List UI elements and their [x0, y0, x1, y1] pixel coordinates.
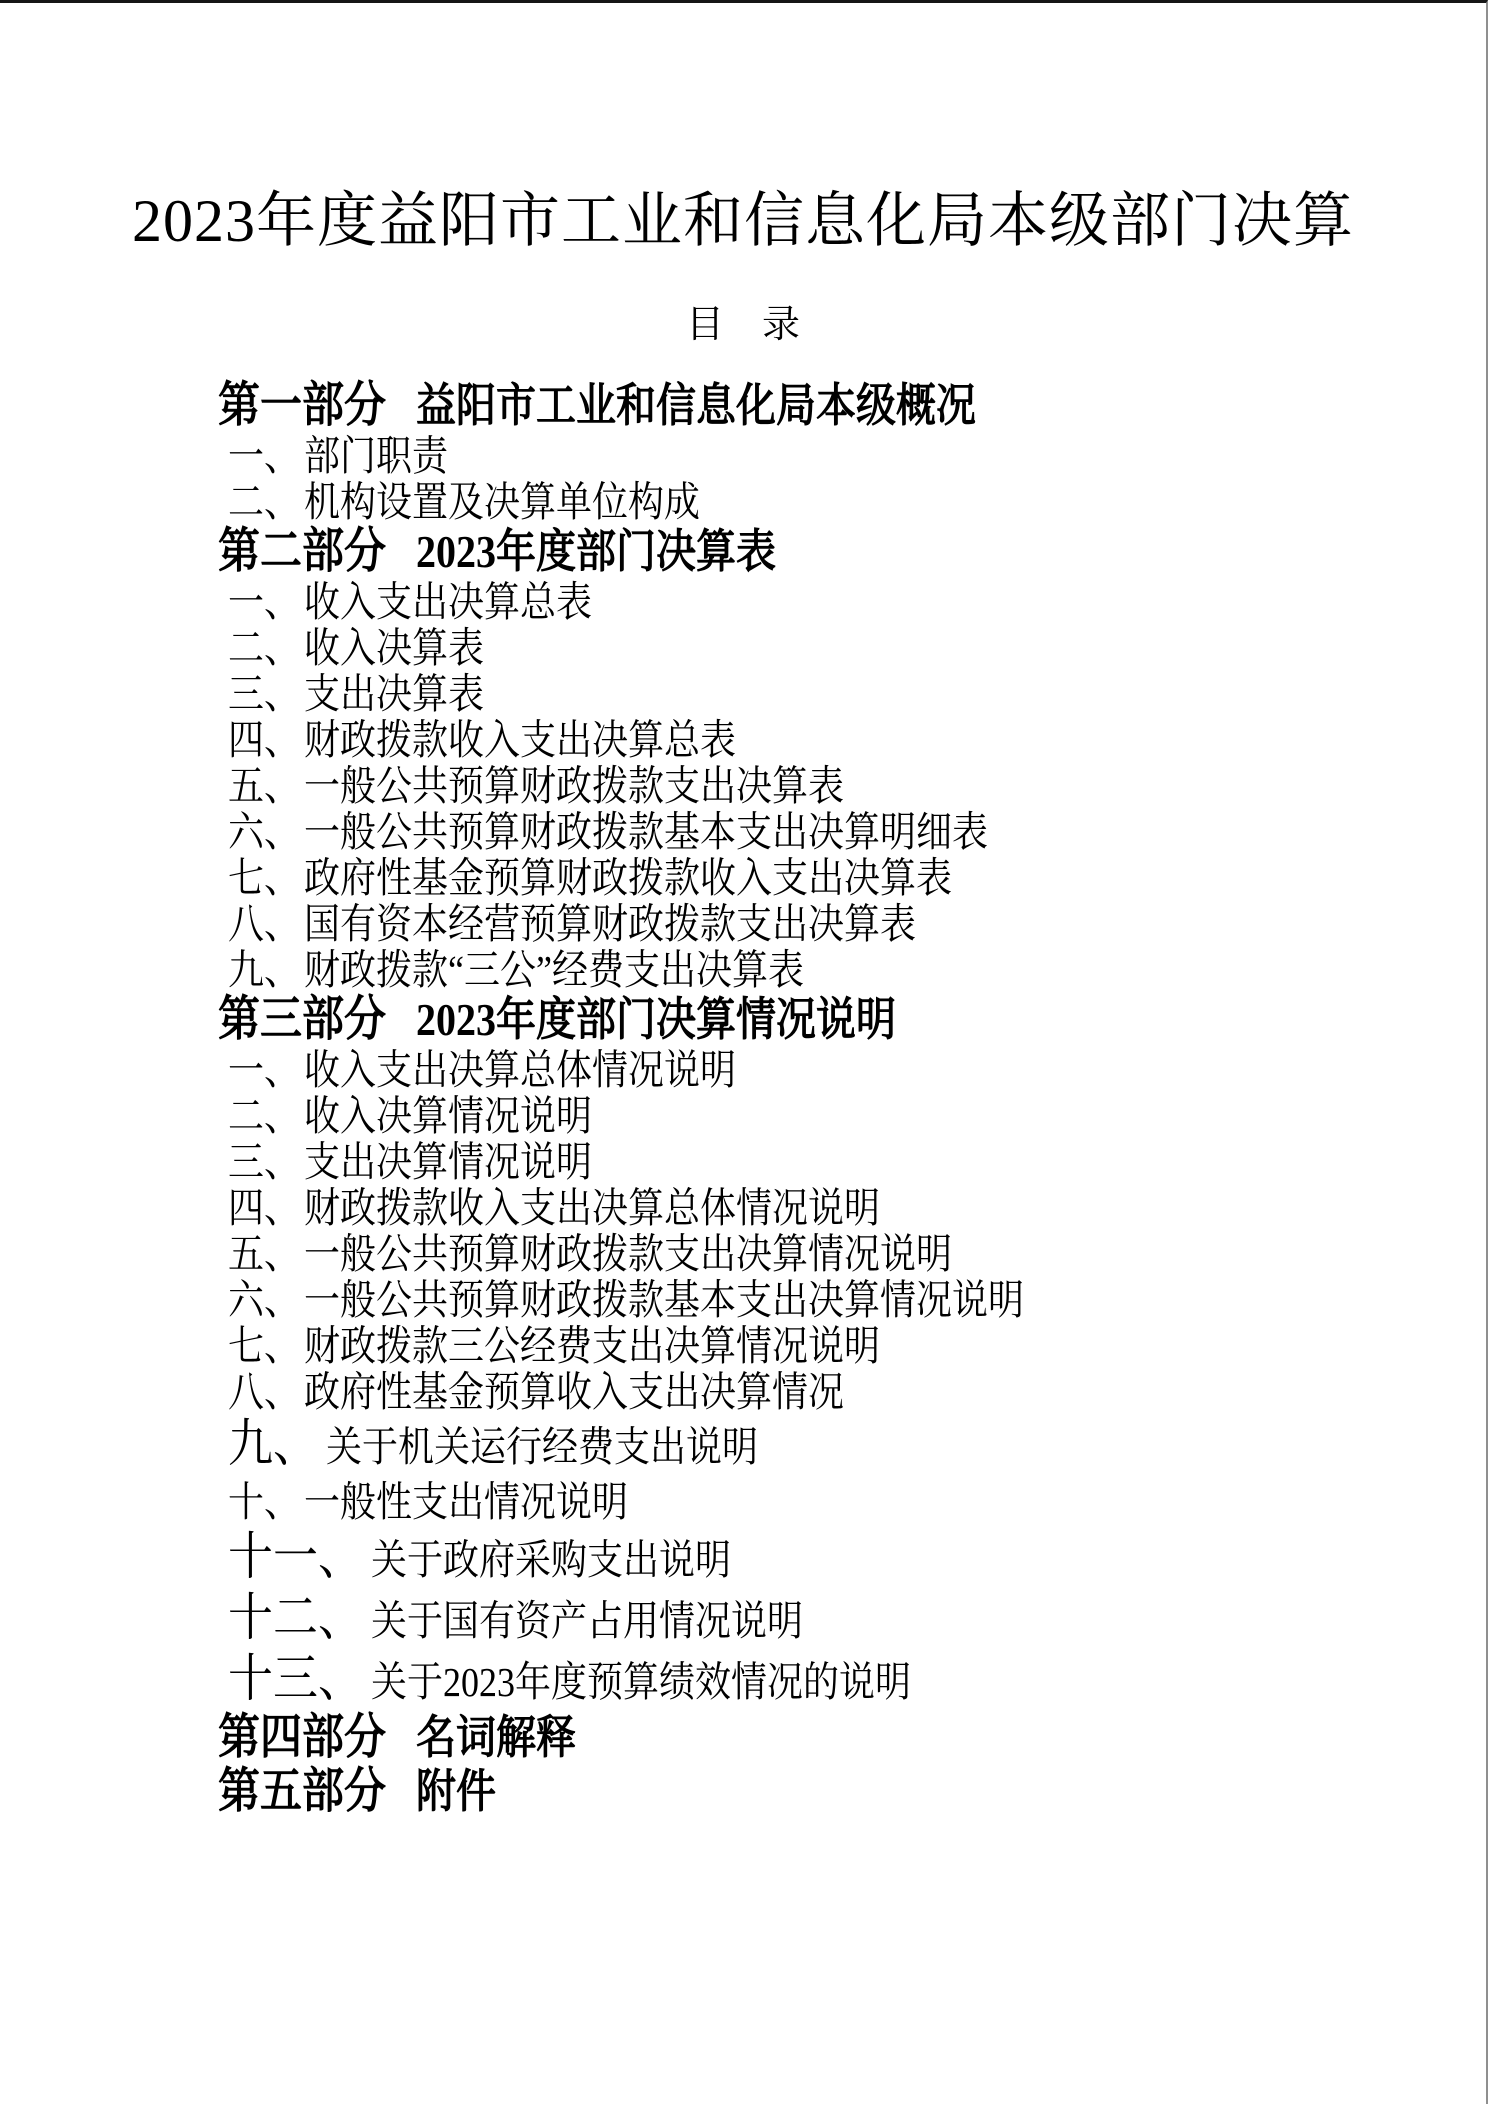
toc-item-number: 四、 — [228, 717, 300, 763]
document-page: 2023年度益阳市工业和信息化局本级部门决算 目 录 第一部分益阳市工业和信息化… — [0, 0, 1488, 2104]
table-of-contents: 第一部分益阳市工业和信息化局本级概况一、部门职责二、机构设置及决算单位构成第二部… — [218, 379, 1446, 1819]
toc-item-text: 财政拨款收入支出决算总表 — [304, 717, 736, 763]
toc-item-text: 关于机关运行经费支出说明 — [326, 1424, 758, 1470]
toc-item: 七、财政拨款三公经费支出决算情况说明 — [228, 1320, 1446, 1373]
toc-item-number: 五、 — [228, 1231, 300, 1277]
toc-item: 一、收入支出决算总表 — [228, 576, 1446, 629]
toc-item-text: 一般公共预算财政拨款基本支出决算情况说明 — [304, 1277, 1024, 1323]
toc-item: 四、财政拨款收入支出决算总表 — [228, 714, 1446, 767]
toc-item-text: 一般公共预算财政拨款支出决算表 — [304, 763, 844, 809]
toc-part-title: 2023年度部门决算情况说明 — [416, 994, 896, 1046]
document-title: 2023年度益阳市工业和信息化局本级部门决算 — [0, 189, 1486, 253]
toc-part-title: 2023年度部门决算表 — [416, 526, 776, 578]
toc-item-number: 七、 — [228, 855, 300, 901]
toc-item: 二、收入决算情况说明 — [228, 1090, 1446, 1143]
toc-part-heading: 第四部分名词解释 — [218, 1707, 1446, 1769]
toc-item: 二、收入决算表 — [228, 622, 1446, 675]
toc-part-heading: 第一部分益阳市工业和信息化局本级概况 — [218, 375, 1446, 437]
toc-item: 五、一般公共预算财政拨款支出决算情况说明 — [228, 1228, 1446, 1281]
toc-part-label: 第一部分 — [218, 380, 386, 433]
toc-item-number: 六、 — [228, 809, 300, 855]
toc-item-number: 八、 — [228, 1369, 300, 1415]
toc-part-title: 名词解释 — [416, 1712, 576, 1764]
toc-item-text: 收入决算情况说明 — [304, 1093, 592, 1139]
toc-item-number: 七、 — [228, 1323, 300, 1369]
toc-item: 五、一般公共预算财政拨款支出决算表 — [228, 760, 1446, 813]
toc-item-text: 一般性支出情况说明 — [304, 1479, 628, 1525]
toc-item-number: 九、 — [228, 1415, 318, 1473]
toc-item-text: 财政拨款“三公”经费支出决算表 — [304, 947, 804, 993]
toc-item-number: 十三、 — [228, 1650, 363, 1708]
toc-item: 一、收入支出决算总体情况说明 — [228, 1044, 1446, 1097]
toc-item-number: 十、 — [228, 1479, 300, 1525]
toc-item-number: 八、 — [228, 901, 300, 947]
toc-item: 六、一般公共预算财政拨款基本支出决算明细表 — [228, 806, 1446, 859]
toc-item-text: 关于2023年度预算绩效情况的说明 — [371, 1659, 911, 1705]
toc-item: 一、部门职责 — [228, 430, 1446, 483]
toc-item-number: 三、 — [228, 671, 300, 717]
toc-item-number: 一、 — [228, 1047, 300, 1093]
toc-part-heading: 第五部分附件 — [218, 1761, 1446, 1823]
toc-item-number: 二、 — [228, 479, 300, 525]
toc-item-number: 四、 — [228, 1185, 300, 1231]
toc-part-label: 第五部分 — [218, 1766, 386, 1819]
toc-item: 六、一般公共预算财政拨款基本支出决算情况说明 — [228, 1274, 1446, 1327]
toc-item-text: 支出决算情况说明 — [304, 1139, 592, 1185]
toc-item: 十三、关于2023年度预算绩效情况的说明 — [228, 1645, 1446, 1715]
toc-item-text: 收入决算表 — [304, 625, 484, 671]
toc-item-number: 一、 — [228, 579, 300, 625]
toc-item-text: 支出决算表 — [304, 671, 484, 717]
toc-part-title: 益阳市工业和信息化局本级概况 — [416, 380, 976, 432]
toc-item: 十一、关于政府采购支出说明 — [228, 1523, 1446, 1593]
toc-item-number: 五、 — [228, 763, 300, 809]
toc-item-number: 九、 — [228, 947, 300, 993]
toc-item-text: 一般公共预算财政拨款支出决算情况说明 — [304, 1231, 952, 1277]
toc-item-text: 国有资本经营预算财政拨款支出决算表 — [304, 901, 916, 947]
toc-item: 三、支出决算情况说明 — [228, 1136, 1446, 1189]
toc-item: 九、关于机关运行经费支出说明 — [228, 1410, 1446, 1480]
toc-item-number: 二、 — [228, 1093, 300, 1139]
toc-item-number: 六、 — [228, 1277, 300, 1323]
toc-item-number: 十二、 — [228, 1589, 363, 1647]
toc-item-text: 收入支出决算总表 — [304, 579, 592, 625]
toc-item-text: 一般公共预算财政拨款基本支出决算明细表 — [304, 809, 988, 855]
toc-item-text: 政府性基金预算财政拨款收入支出决算表 — [304, 855, 952, 901]
toc-part-label: 第三部分 — [218, 994, 386, 1047]
toc-item-text: 财政拨款收入支出决算总体情况说明 — [304, 1185, 880, 1231]
toc-item-text: 部门职责 — [304, 433, 448, 479]
toc-item-text: 关于政府采购支出说明 — [371, 1537, 731, 1583]
toc-item-text: 关于国有资产占用情况说明 — [371, 1598, 803, 1644]
toc-item: 四、财政拨款收入支出决算总体情况说明 — [228, 1182, 1446, 1235]
toc-item: 十二、关于国有资产占用情况说明 — [228, 1584, 1446, 1654]
toc-heading: 目 录 — [0, 303, 1486, 347]
toc-item-text: 机构设置及决算单位构成 — [304, 479, 700, 525]
toc-item: 七、政府性基金预算财政拨款收入支出决算表 — [228, 852, 1446, 905]
toc-item: 三、支出决算表 — [228, 668, 1446, 721]
toc-part-label: 第二部分 — [218, 526, 386, 579]
toc-item-number: 一、 — [228, 433, 300, 479]
toc-part-heading: 第三部分2023年度部门决算情况说明 — [218, 989, 1446, 1051]
toc-item-text: 收入支出决算总体情况说明 — [304, 1047, 736, 1093]
toc-part-heading: 第二部分2023年度部门决算表 — [218, 521, 1446, 583]
toc-item-number: 三、 — [228, 1139, 300, 1185]
toc-item-text: 政府性基金预算收入支出决算情况 — [304, 1369, 844, 1415]
toc-part-title: 附件 — [416, 1766, 496, 1818]
toc-item-number: 二、 — [228, 625, 300, 671]
toc-item-number: 十一、 — [228, 1528, 363, 1586]
toc-item-text: 财政拨款三公经费支出决算情况说明 — [304, 1323, 880, 1369]
toc-part-label: 第四部分 — [218, 1712, 386, 1765]
toc-item: 八、国有资本经营预算财政拨款支出决算表 — [228, 898, 1446, 951]
